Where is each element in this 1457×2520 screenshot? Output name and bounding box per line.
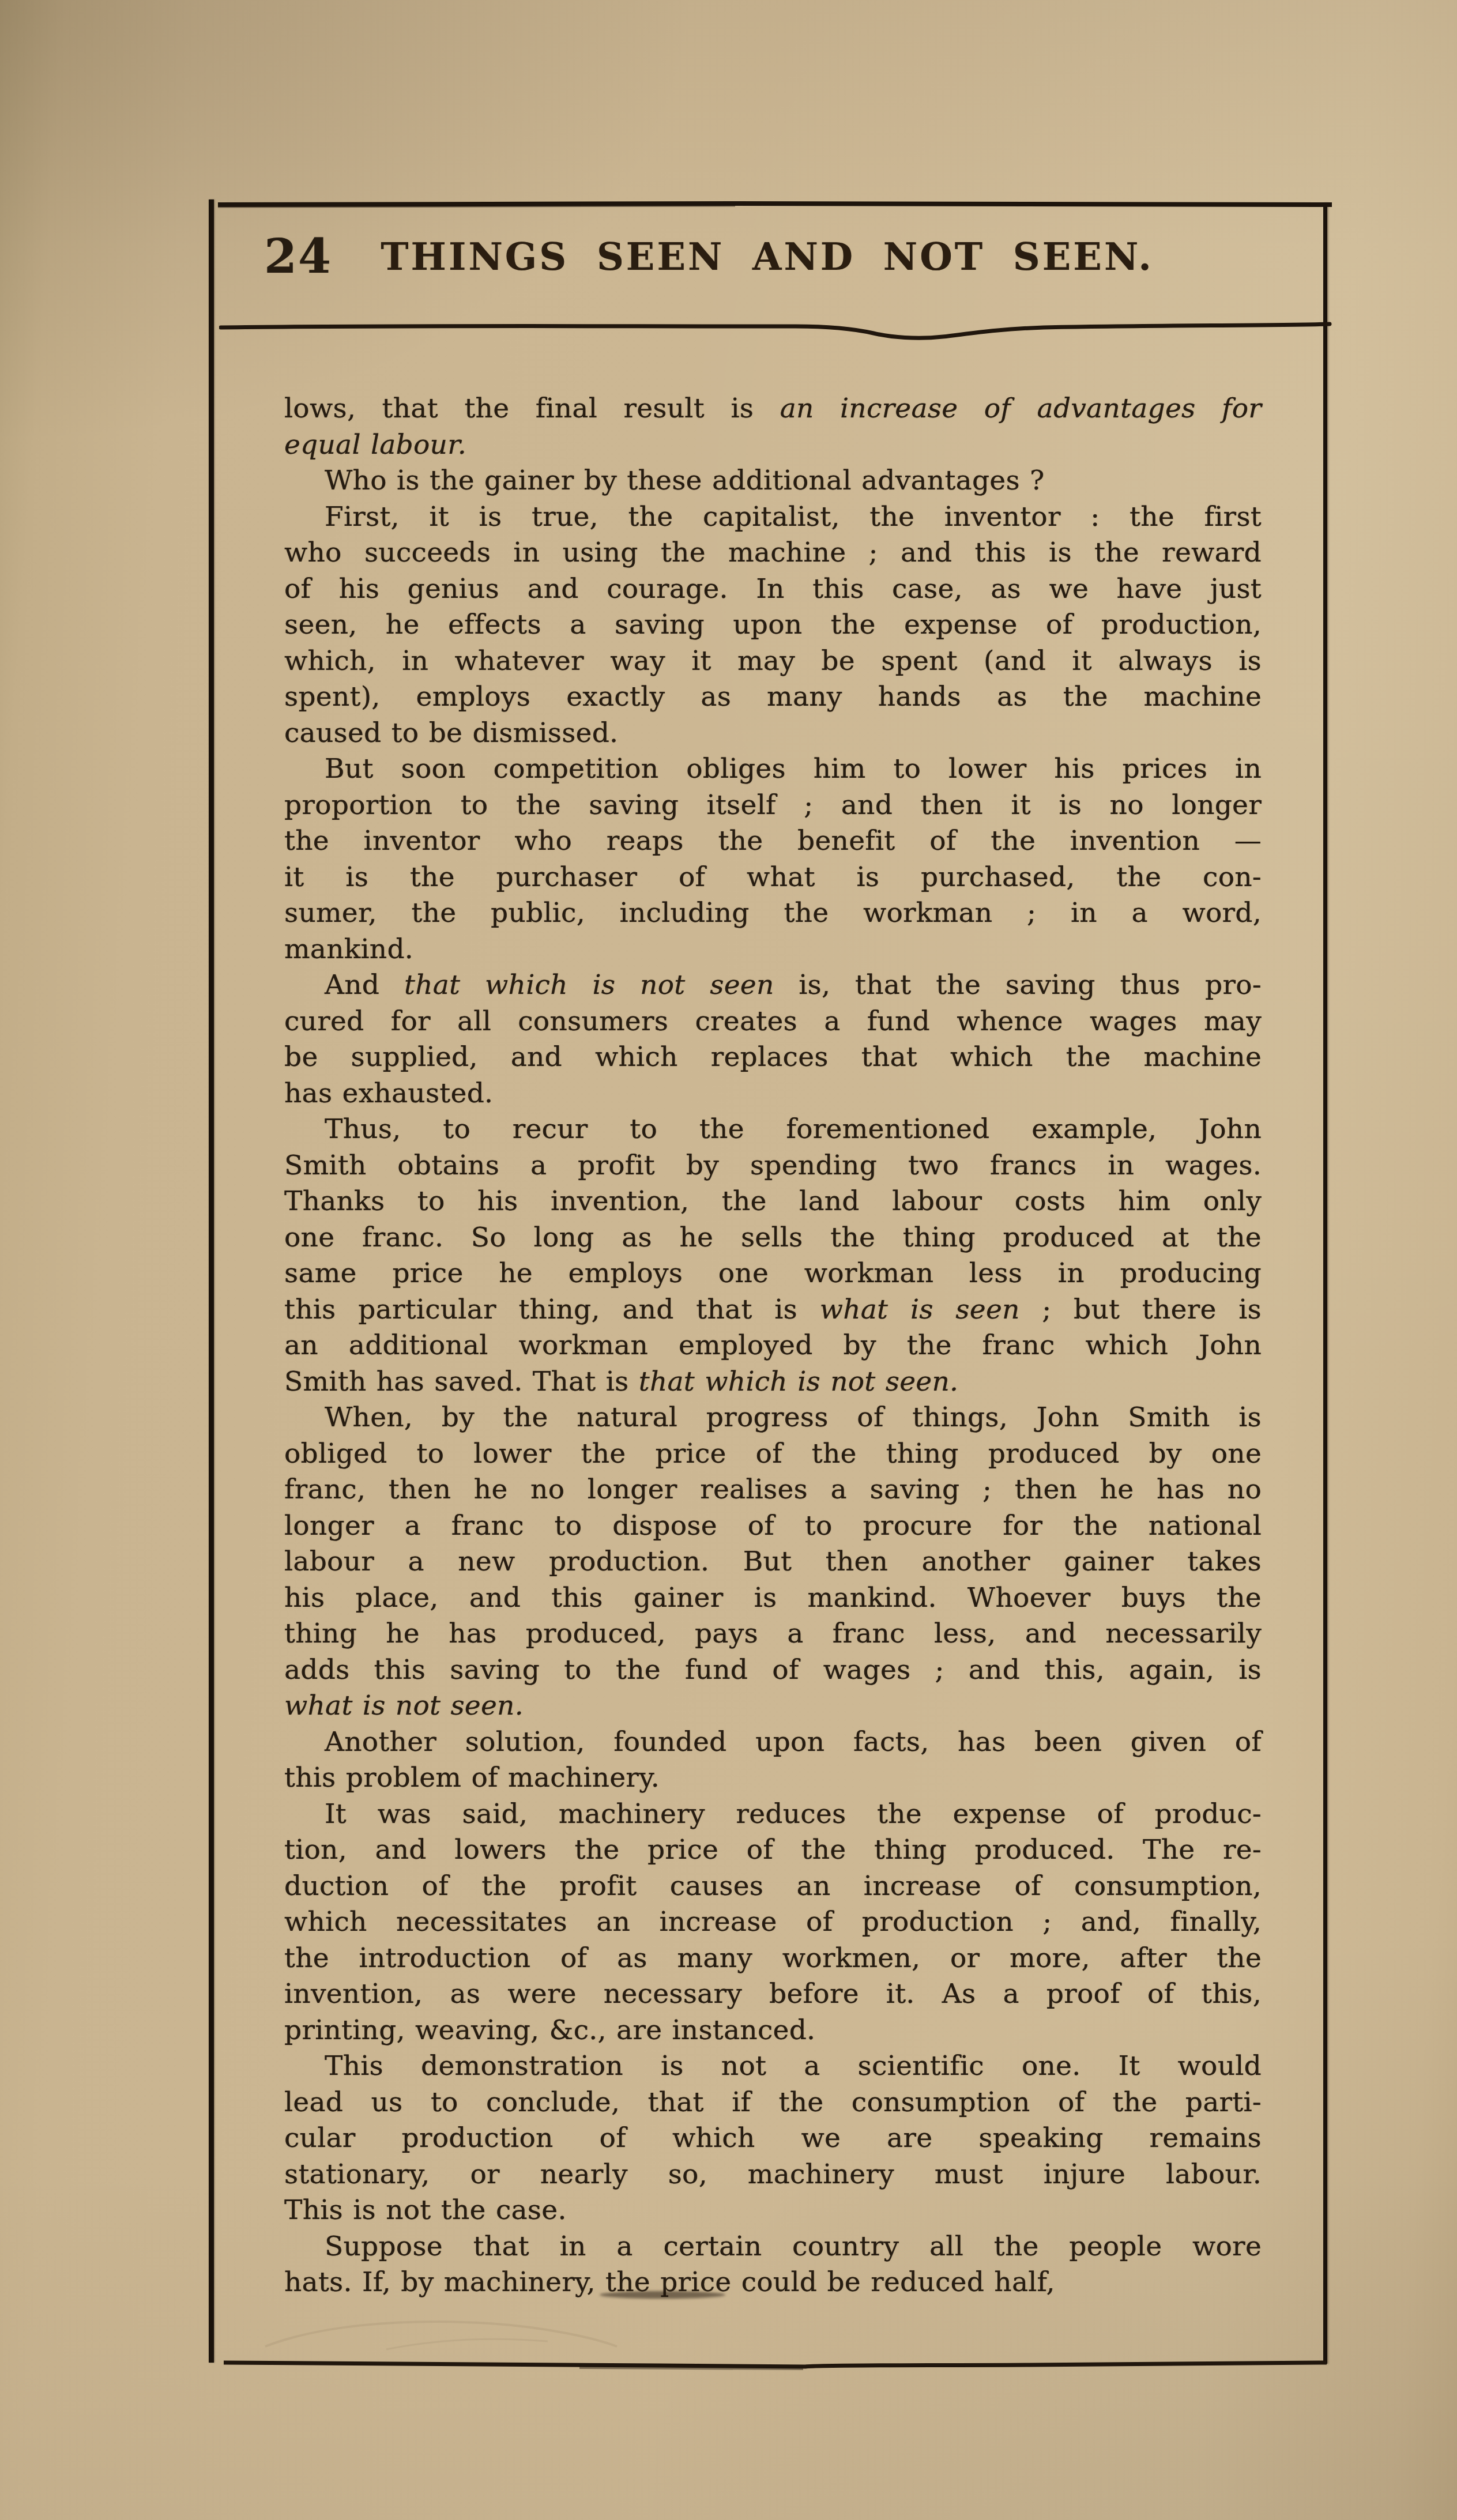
paragraph: Suppose that in a certain country all th… <box>284 2229 1262 2301</box>
text-line: be supplied, and which replaces that whi… <box>284 1039 1262 1076</box>
text-line: proportion to the saving itself ; and th… <box>284 788 1262 824</box>
text-line: This is not the case. <box>284 2193 1262 2229</box>
text-line: tion, and lowers the price of the thing … <box>284 1832 1262 1869</box>
text-line: labour a new production. But then anothe… <box>284 1544 1262 1580</box>
text-line: Thus, to recur to the forementioned exam… <box>284 1112 1262 1148</box>
text-line: spent), employs exactly as many hands as… <box>284 679 1262 715</box>
frame-right-line <box>1323 203 1327 2364</box>
text-line: seen, he effects a saving upon the expen… <box>284 607 1262 643</box>
text-line: this problem of machinery. <box>284 1760 1262 1796</box>
text-line: But soon competition obliges him to lowe… <box>284 751 1262 788</box>
text-line: thing he has produced, pays a franc less… <box>284 1616 1262 1652</box>
footer-rule <box>222 2357 1329 2374</box>
text-line: longer a franc to dispose of to procure … <box>284 1508 1262 1545</box>
text-line: lows, that the final result is an increa… <box>284 391 1262 427</box>
frame-top-rule <box>216 199 1334 213</box>
text-line: the inventor who reaps the benefit of th… <box>284 823 1262 860</box>
ink-blot <box>600 2291 725 2299</box>
text-line: mankind. <box>284 932 1262 968</box>
paragraph: First, it is true, the capitalist, the i… <box>284 499 1262 752</box>
text-line: the introduction of as many workmen, or … <box>284 1941 1262 1977</box>
text-line: which necessitates an increase of produc… <box>284 1904 1262 1941</box>
text-line: This demonstration is not a scientific o… <box>284 2048 1262 2085</box>
frame-left-line <box>209 199 214 2363</box>
pencil-smudge <box>248 2292 767 2361</box>
paragraph: Who is the gainer by these additional ad… <box>284 463 1262 499</box>
text-line: Thanks to his invention, the land labour… <box>284 1184 1262 1220</box>
text-line: equal labour. <box>284 427 1262 464</box>
text-line: printing, weaving, &c., are instanced. <box>284 2013 1262 2049</box>
text-line: same price he employs one workman less i… <box>284 1256 1262 1292</box>
text-line: sumer, the public, including the workman… <box>284 895 1262 932</box>
text-line: First, it is true, the capitalist, the i… <box>284 499 1262 536</box>
text-line: Another solution, founded upon facts, ha… <box>284 1724 1262 1761</box>
text-line: which, in whatever way it may be spent (… <box>284 643 1262 680</box>
paragraph: lows, that the final result is an increa… <box>284 391 1262 463</box>
text-line: Who is the gainer by these additional ad… <box>284 463 1262 499</box>
paragraph: Thus, to recur to the forementioned exam… <box>284 1112 1262 1400</box>
text-line: one franc. So long as he sells the thing… <box>284 1220 1262 1256</box>
paragraph: When, by the natural progress of things,… <box>284 1400 1262 1724</box>
paragraph: And that which is not seen is, that the … <box>284 967 1262 1112</box>
paragraph: Another solution, founded upon facts, ha… <box>284 1724 1262 1796</box>
page-body: lows, that the final result is an increa… <box>284 391 1262 2301</box>
text-line: who succeeds in using the machine ; and … <box>284 535 1262 571</box>
text-line: cured for all consumers creates a fund w… <box>284 1004 1262 1040</box>
running-title: THINGS SEEN AND NOT SEEN. <box>210 239 1324 276</box>
text-line: of his genius and courage. In this case,… <box>284 571 1262 608</box>
text-line: And that which is not seen is, that the … <box>284 967 1262 1004</box>
text-line: caused to be dismissed. <box>284 715 1262 752</box>
text-line: When, by the natural progress of things,… <box>284 1400 1262 1436</box>
text-line: cular production of which we are speakin… <box>284 2120 1262 2157</box>
text-line: an additional workman employed by the fr… <box>284 1328 1262 1364</box>
text-line: his place, and this gainer is mankind. W… <box>284 1580 1262 1617</box>
text-line: this particular thing, and that is what … <box>284 1292 1262 1328</box>
header-rule <box>219 321 1332 347</box>
text-line: adds this saving to the fund of wages ; … <box>284 1652 1262 1689</box>
scanned-book-page: 24 THINGS SEEN AND NOT SEEN. lows, that … <box>0 0 1457 2520</box>
paragraph: It was said, machinery reduces the expen… <box>284 1796 1262 2049</box>
text-line: Smith has saved. That is that which is n… <box>284 1364 1262 1400</box>
text-line: what is not seen. <box>284 1688 1262 1724</box>
text-line: It was said, machinery reduces the expen… <box>284 1796 1262 1833</box>
text-line: Suppose that in a certain country all th… <box>284 2229 1262 2265</box>
text-line: obliged to lower the price of the thing … <box>284 1436 1262 1472</box>
text-line: stationary, or nearly so, machinery must… <box>284 2157 1262 2193</box>
text-line: Smith obtains a profit by spending two f… <box>284 1148 1262 1184</box>
paragraph: This demonstration is not a scientific o… <box>284 2048 1262 2229</box>
text-line: lead us to conclude, that if the consump… <box>284 2085 1262 2121</box>
paragraph: But soon competition obliges him to lowe… <box>284 751 1262 967</box>
text-line: invention, as were necessary before it. … <box>284 1976 1262 2013</box>
text-line: it is the purchaser of what is purchased… <box>284 860 1262 896</box>
text-line: has exhausted. <box>284 1076 1262 1112</box>
text-line: duction of the profit causes an increase… <box>284 1869 1262 1905</box>
text-line: franc, then he no longer realises a savi… <box>284 1472 1262 1508</box>
